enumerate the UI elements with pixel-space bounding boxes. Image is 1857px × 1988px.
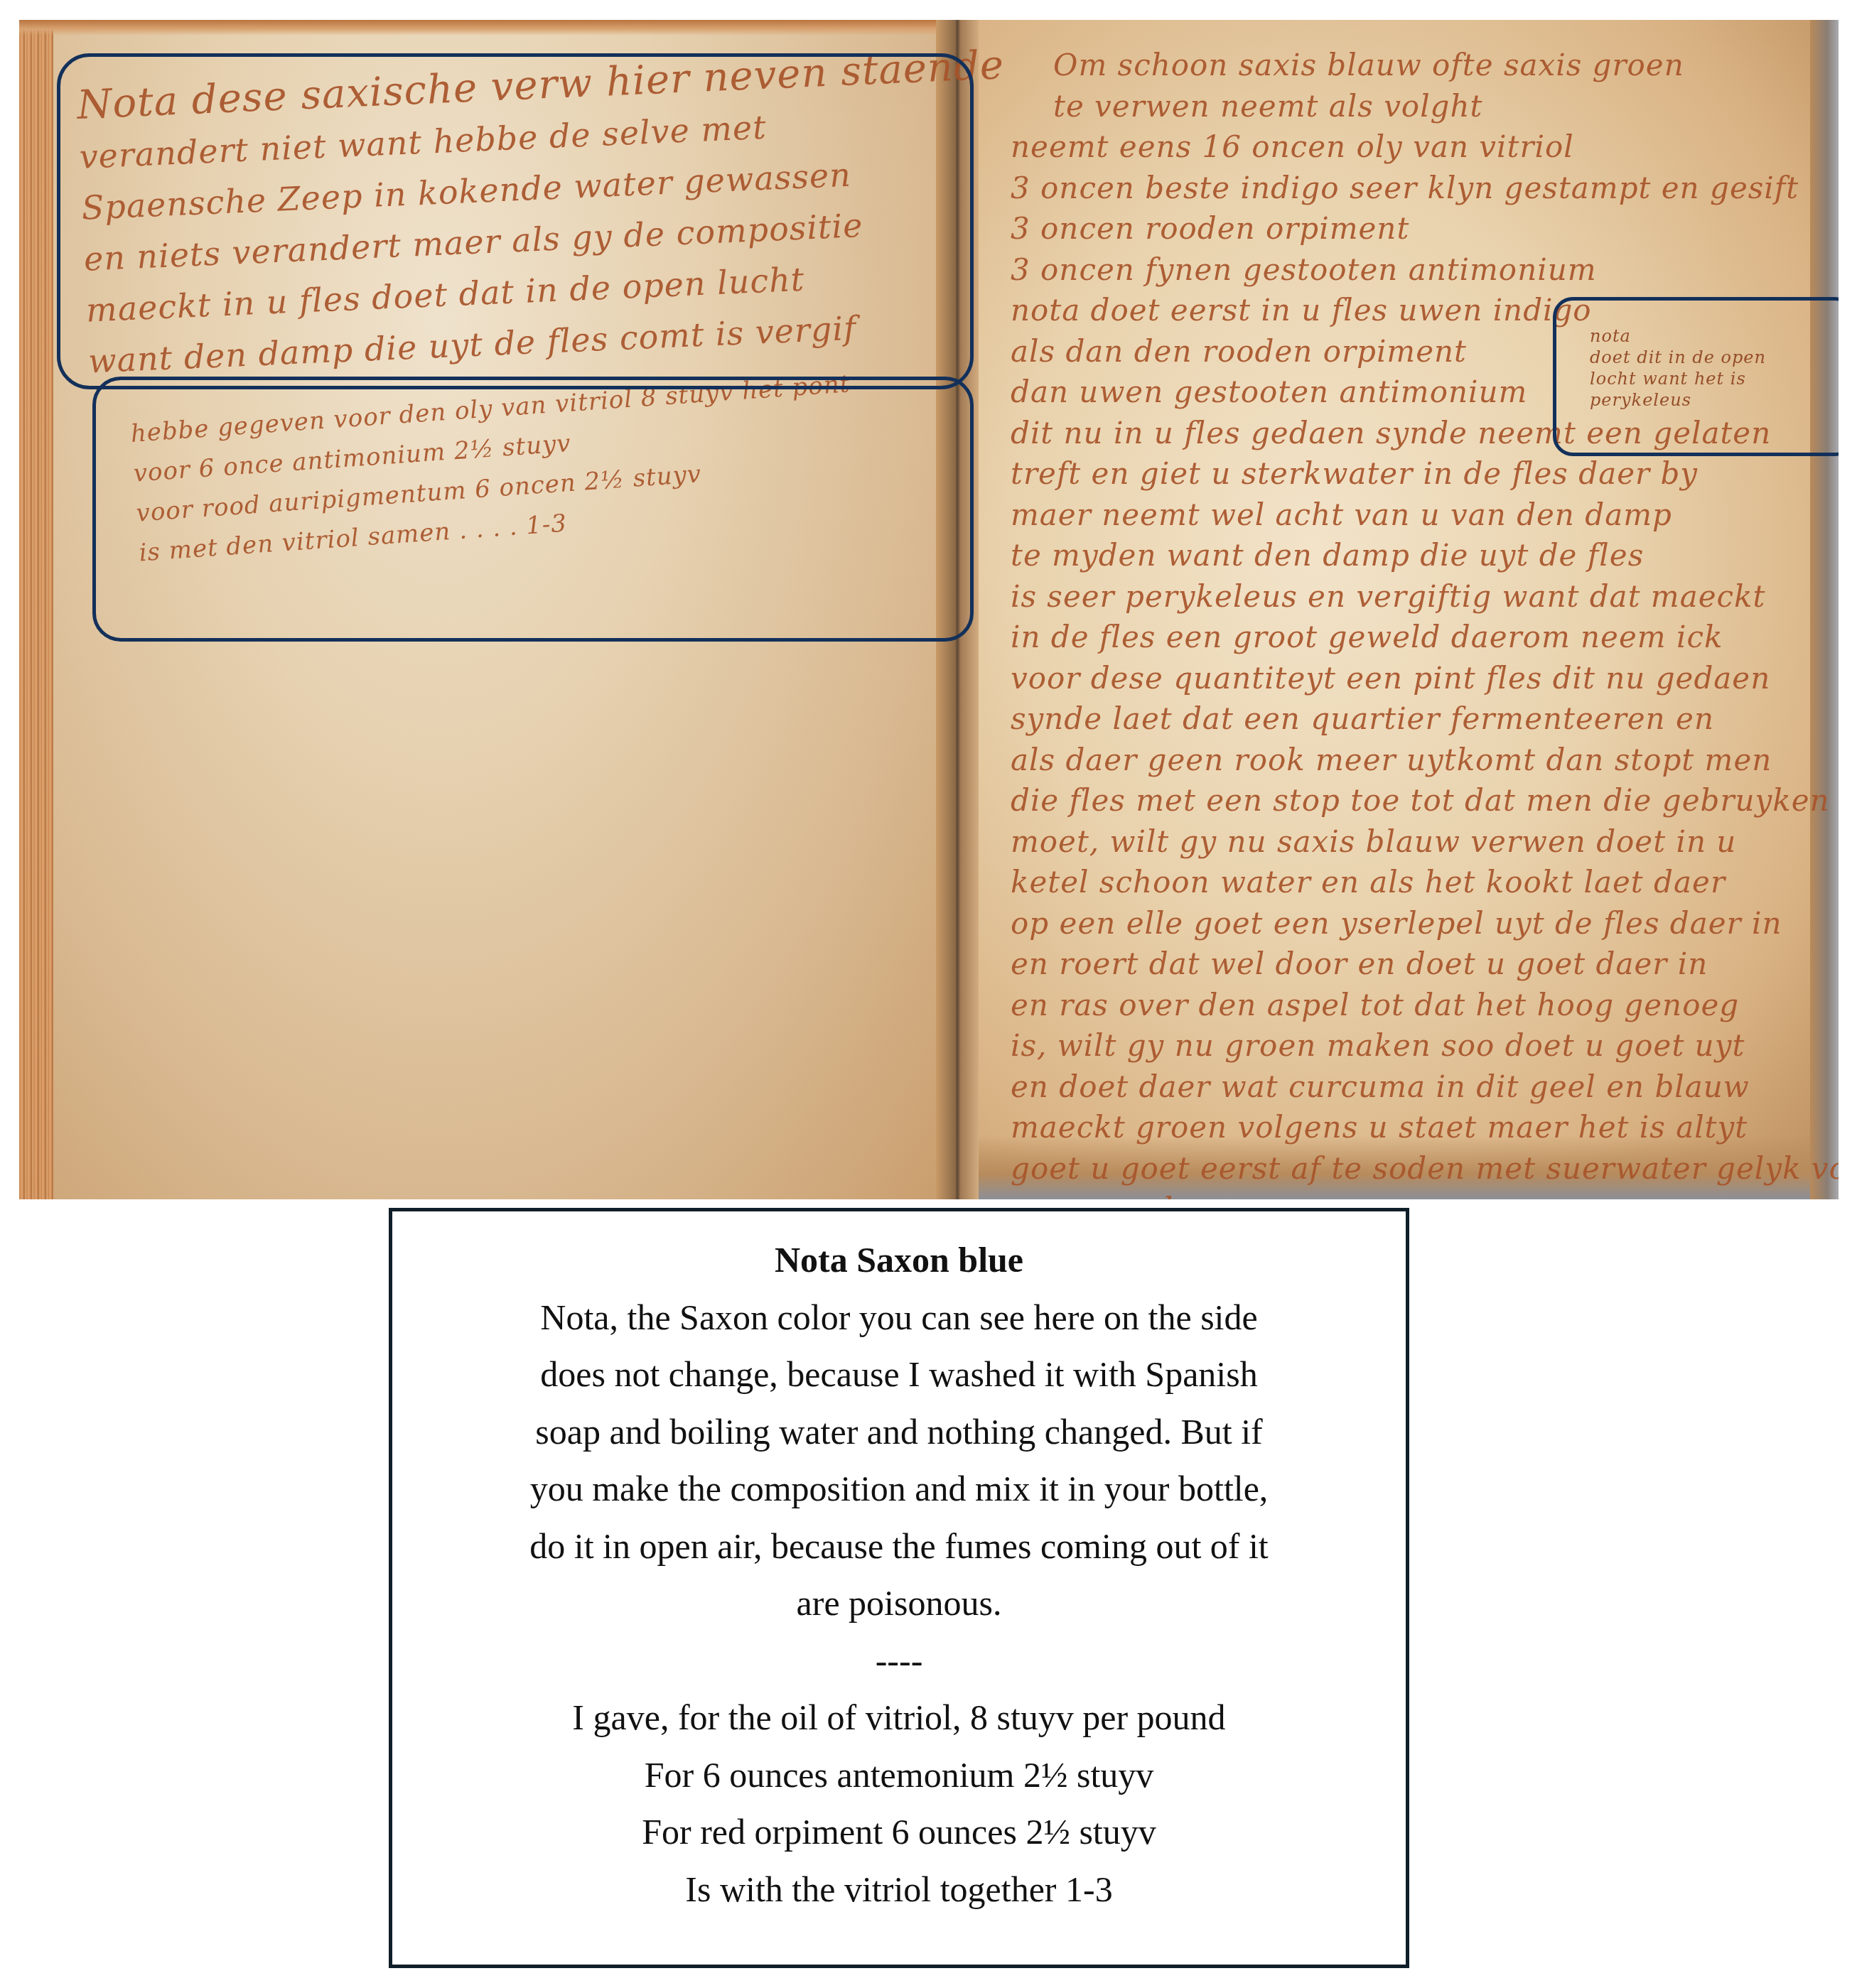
handwritten-line: te myden want den damp die uyt de fles [1011, 535, 1839, 576]
translation-line: are poisonous. [392, 1574, 1406, 1632]
handwritten-line: 3 oncen beste indigo seer klyn gestampt … [1011, 168, 1839, 209]
handwritten-line: voor dese quantiteyt een pint fles dit n… [1011, 658, 1839, 699]
handwritten-line: 3 oncen fynen gestooten antimonium [1011, 249, 1839, 291]
handwritten-line: maeckt groen volgens u staet maer het is… [1011, 1107, 1839, 1148]
highlight-box-margin-note [1553, 297, 1839, 456]
left-page-edges [19, 20, 53, 1199]
translation-title: Nota Saxon blue [392, 1231, 1406, 1289]
translation-line: Nota, the Saxon color you can see here o… [392, 1289, 1406, 1346]
handwritten-line: goet u goet eerst af te soden met suerwa… [1011, 1148, 1839, 1189]
handwritten-line: 3 oncen rooden orpiment [1011, 208, 1839, 249]
left-page-top-edge [19, 20, 954, 36]
handwritten-line: moet, wilt gy nu saxis blauw verwen doet… [1011, 821, 1839, 863]
handwritten-line: is seer perykeleus en vergiftig want dat… [1011, 576, 1839, 617]
translation-box: Nota Saxon blue Nota, the Saxon color yo… [389, 1208, 1409, 1968]
price-line: Is with the vitriol together 1-3 [392, 1861, 1406, 1918]
handwritten-line: crapprood [1011, 1189, 1839, 1199]
translation-line: do it in open air, because the fumes com… [392, 1518, 1406, 1575]
handwritten-line: maer neemt wel acht van u van den damp [1011, 495, 1839, 536]
handwritten-line: op een elle goet een yserlepel uyt de fl… [1011, 903, 1839, 944]
handwritten-line: en ras over den aspel tot dat het hoog g… [1011, 985, 1839, 1026]
handwritten-line: synde laet dat een quartier fermenteeren… [1011, 698, 1839, 740]
handwritten-recipe: Om schoon saxis blauw ofte saxis groen t… [1011, 45, 1839, 1199]
highlight-box-note [57, 53, 974, 389]
price-line: For 6 ounces antemonium 2½ stuyv [392, 1746, 1406, 1804]
handwritten-line: die fles met een stop toe tot dat men di… [1011, 780, 1839, 821]
handwritten-line: neemt eens 16 oncen oly van vitriol [1011, 126, 1839, 168]
translation-separator: ---- [392, 1632, 1406, 1690]
handwritten-line: treft en giet u sterkwater in de fles da… [1011, 453, 1839, 495]
handwritten-line: als daer geen rook meer uytkomt dan stop… [1011, 740, 1839, 781]
highlight-box-prices [92, 377, 974, 642]
handwritten-line: te verwen neemt als volght [1011, 86, 1839, 127]
handwritten-line: en roert dat wel door en doet u goet dae… [1011, 944, 1839, 985]
price-line: For red orpiment 6 ounces 2½ stuyv [392, 1803, 1406, 1861]
translation-line: you make the composition and mix it in y… [392, 1460, 1406, 1518]
price-line: I gave, for the oil of vitriol, 8 stuyv … [392, 1689, 1406, 1746]
handwritten-line: is, wilt gy nu groen maken soo doet u go… [1011, 1025, 1839, 1066]
handwritten-line: en doet daer wat curcuma in dit geel en … [1011, 1066, 1839, 1108]
translation-line: does not change, because I washed it wit… [392, 1346, 1406, 1403]
handwritten-line: Om schoon saxis blauw ofte saxis groen [1011, 45, 1839, 86]
handwritten-line: ketel schoon water en als het kookt laet… [1011, 862, 1839, 903]
translation-line: soap and boiling water and nothing chang… [392, 1403, 1406, 1461]
handwritten-line: in de fles een groot geweld daerom neem … [1011, 617, 1839, 658]
manuscript-photo: Nota dese saxische verw hier neven staen… [19, 20, 1839, 1199]
